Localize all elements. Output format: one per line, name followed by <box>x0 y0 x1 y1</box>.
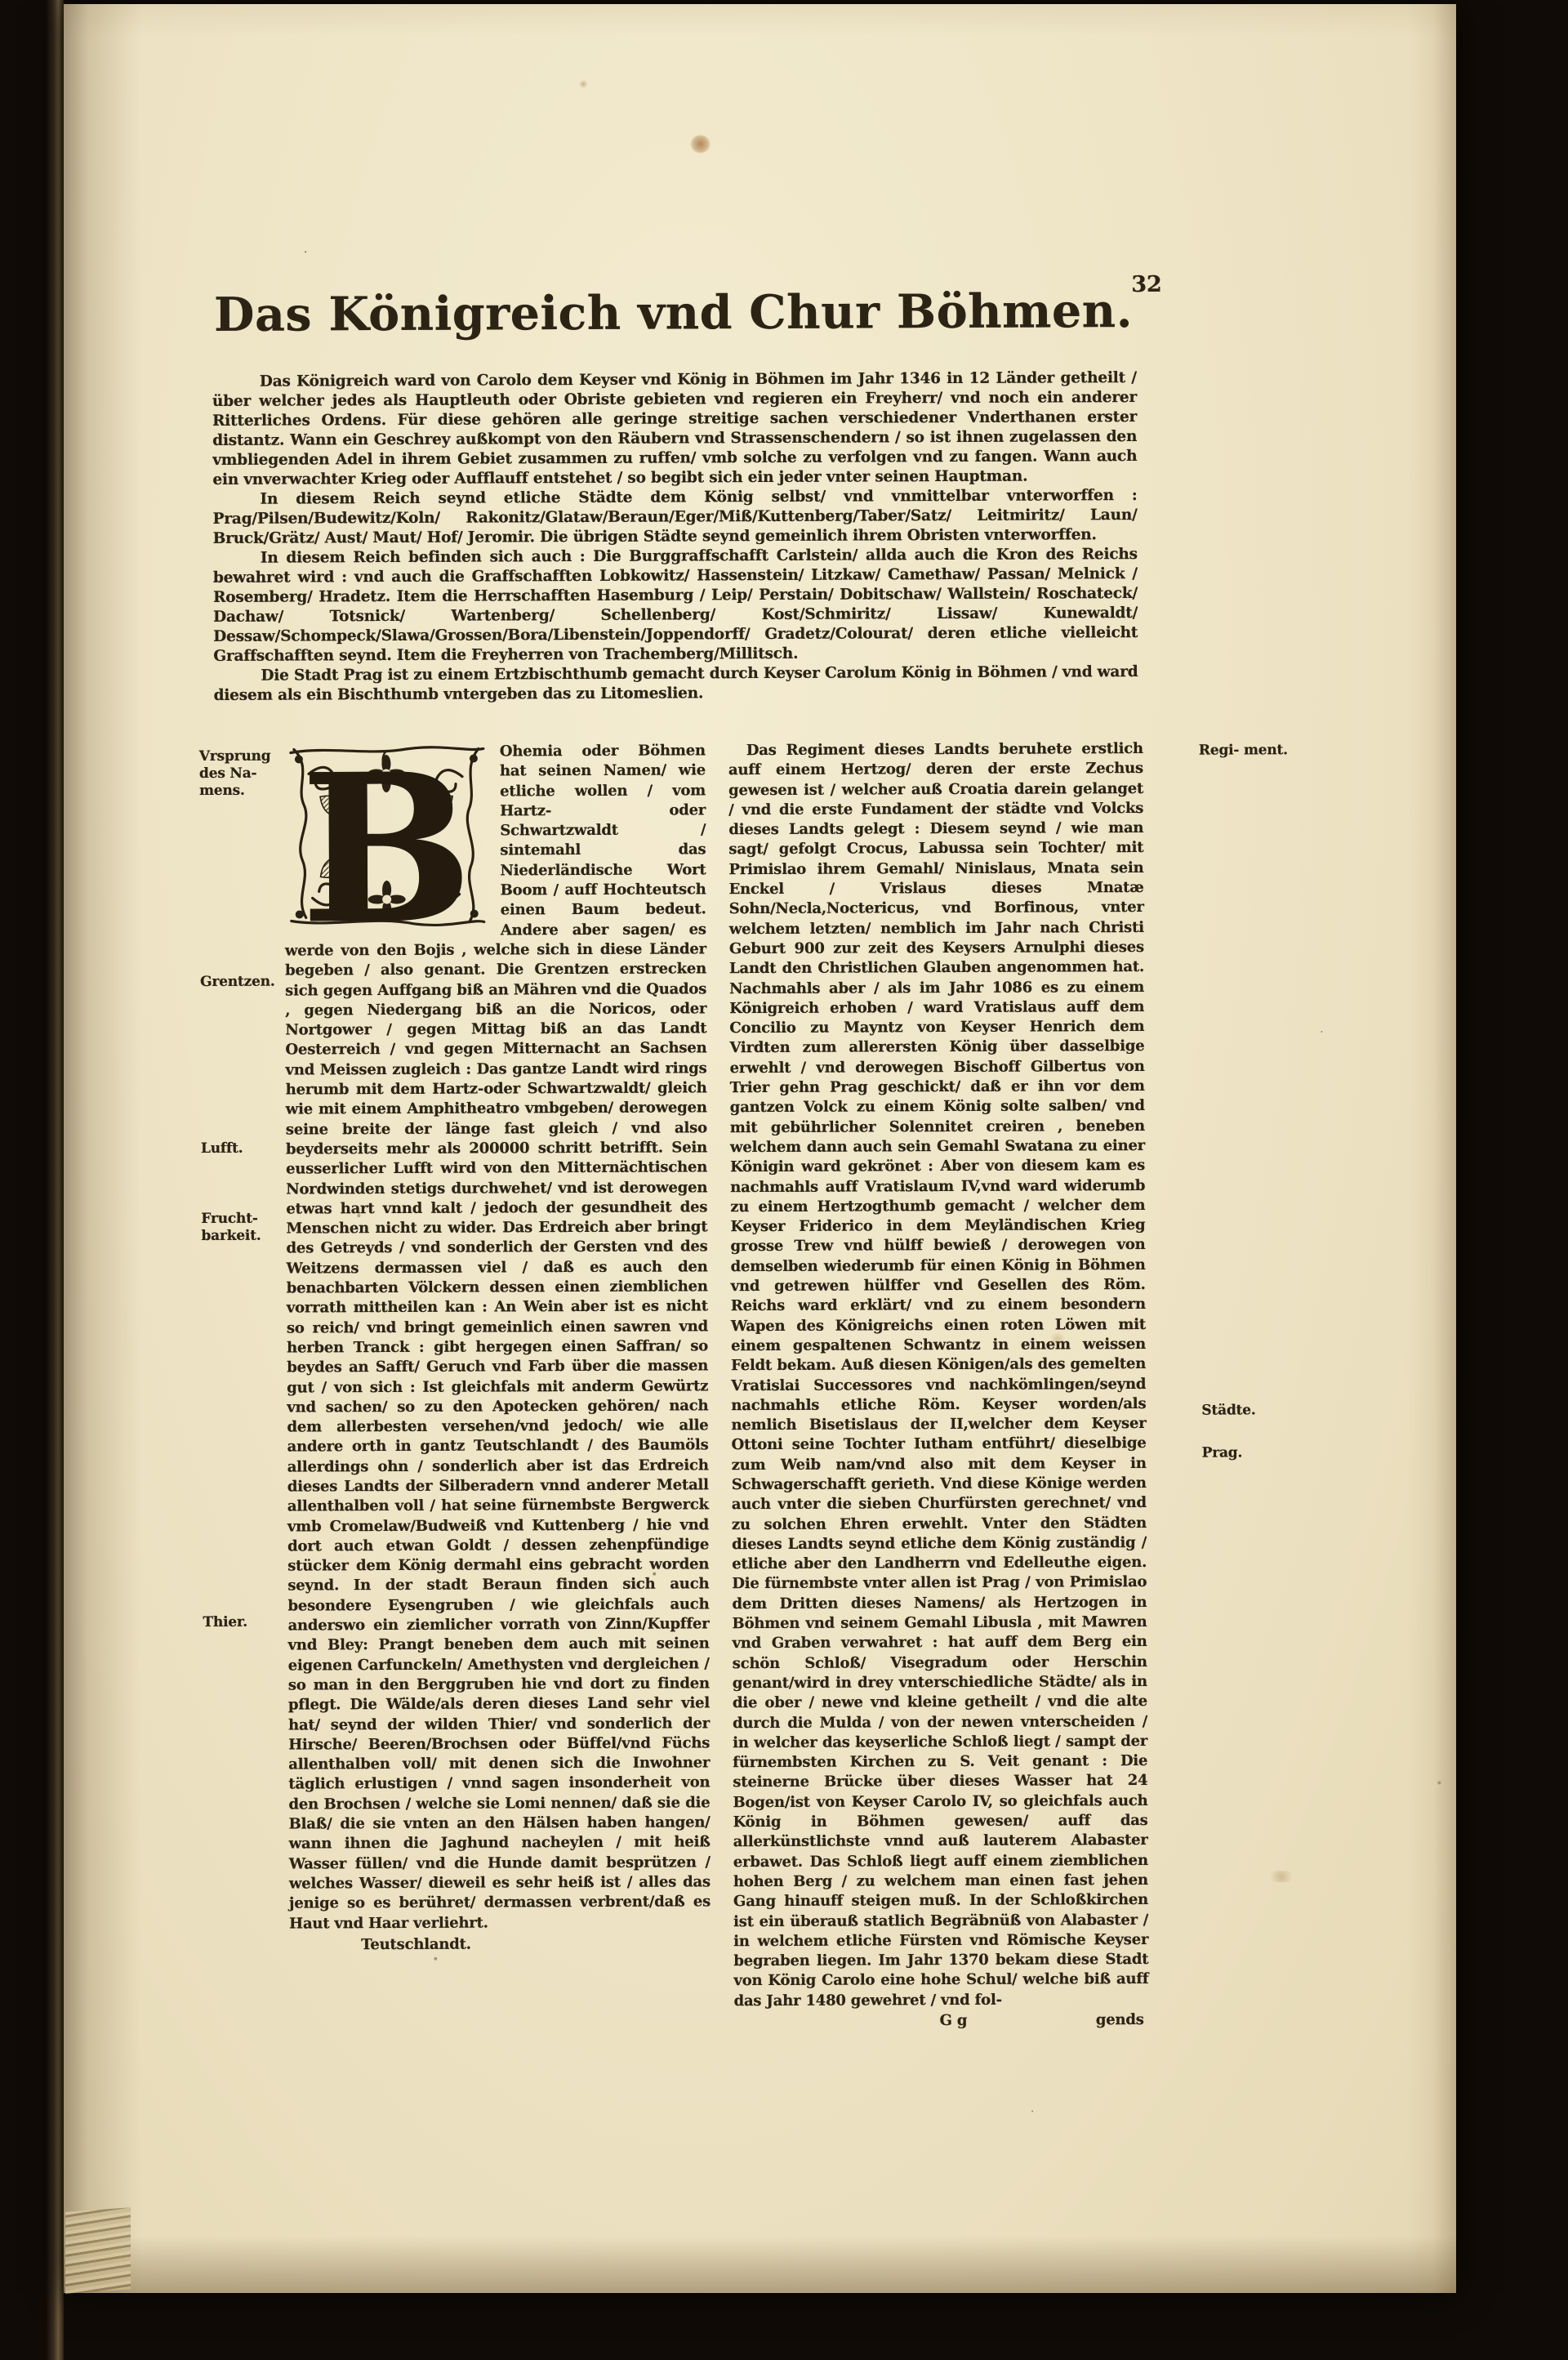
stacked-page-edges <box>65 2207 131 2294</box>
two-column-section: Vrsprung des Na- mens. Grentzen. Lufft. … <box>62 738 1460 1969</box>
paper-stain <box>1267 1871 1295 1882</box>
right-column-text: Das Regiment dieses Landts beruhete erst… <box>728 739 1149 2011</box>
left-column: B Ohemia oder Böhmen hat seinen Namen/ w… <box>284 741 710 1955</box>
paper-stain <box>1049 1332 1067 1345</box>
margin-note-grentzen: Grentzen. <box>200 974 280 991</box>
initial-letter: B <box>300 743 473 928</box>
left-footer-word: Teutschlandt. <box>361 1934 710 1955</box>
margin-note-staedte: Städte. <box>1201 1402 1291 1419</box>
paper-specks <box>305 251 306 252</box>
right-column: Das Regiment dieses Landts beruhete erst… <box>728 739 1149 2035</box>
book-page: 32 Das Königreich vnd Chur Böhmen. Das K… <box>64 4 1456 2293</box>
intro-paragraph: Das Königreich ward von Carolo dem Keyse… <box>212 368 1138 490</box>
margin-note-regiment: Regi- ment. <box>1199 742 1289 759</box>
intro-paragraph: Die Stadt Prag ist zu einem Ertzbischthu… <box>213 662 1138 706</box>
intro-paragraph: In diesem Reich seynd etliche Städte dem… <box>212 486 1137 549</box>
margin-note-vrsprung: Vrsprung des Na- mens. <box>199 748 279 800</box>
margin-note-lufft: Lufft. <box>201 1140 281 1158</box>
gathering-signature: G g <box>940 2011 968 2031</box>
page-title: Das Königreich vnd Chur Böhmen. <box>138 283 1208 343</box>
intro-paragraph: In diesem Reich befinden sich auch : Die… <box>213 545 1138 667</box>
intro-block: Das Königreich ward von Carolo dem Keyse… <box>212 368 1138 706</box>
margin-note-fruchtbarkeit: Frucht- barkeit. <box>201 1211 281 1245</box>
paper-stain <box>578 80 588 88</box>
scanned-book-photo: 32 Das Königreich vnd Chur Böhmen. Das K… <box>0 0 1568 2360</box>
signature-row: G g gends <box>734 2010 1149 2035</box>
woodcut-initial-icon: B <box>284 743 489 928</box>
catchword: gends <box>1096 2010 1144 2031</box>
paper-stain <box>690 135 711 153</box>
margin-note-prag: Prag. <box>1202 1444 1292 1461</box>
margin-note-thier: Thier. <box>203 1614 283 1631</box>
